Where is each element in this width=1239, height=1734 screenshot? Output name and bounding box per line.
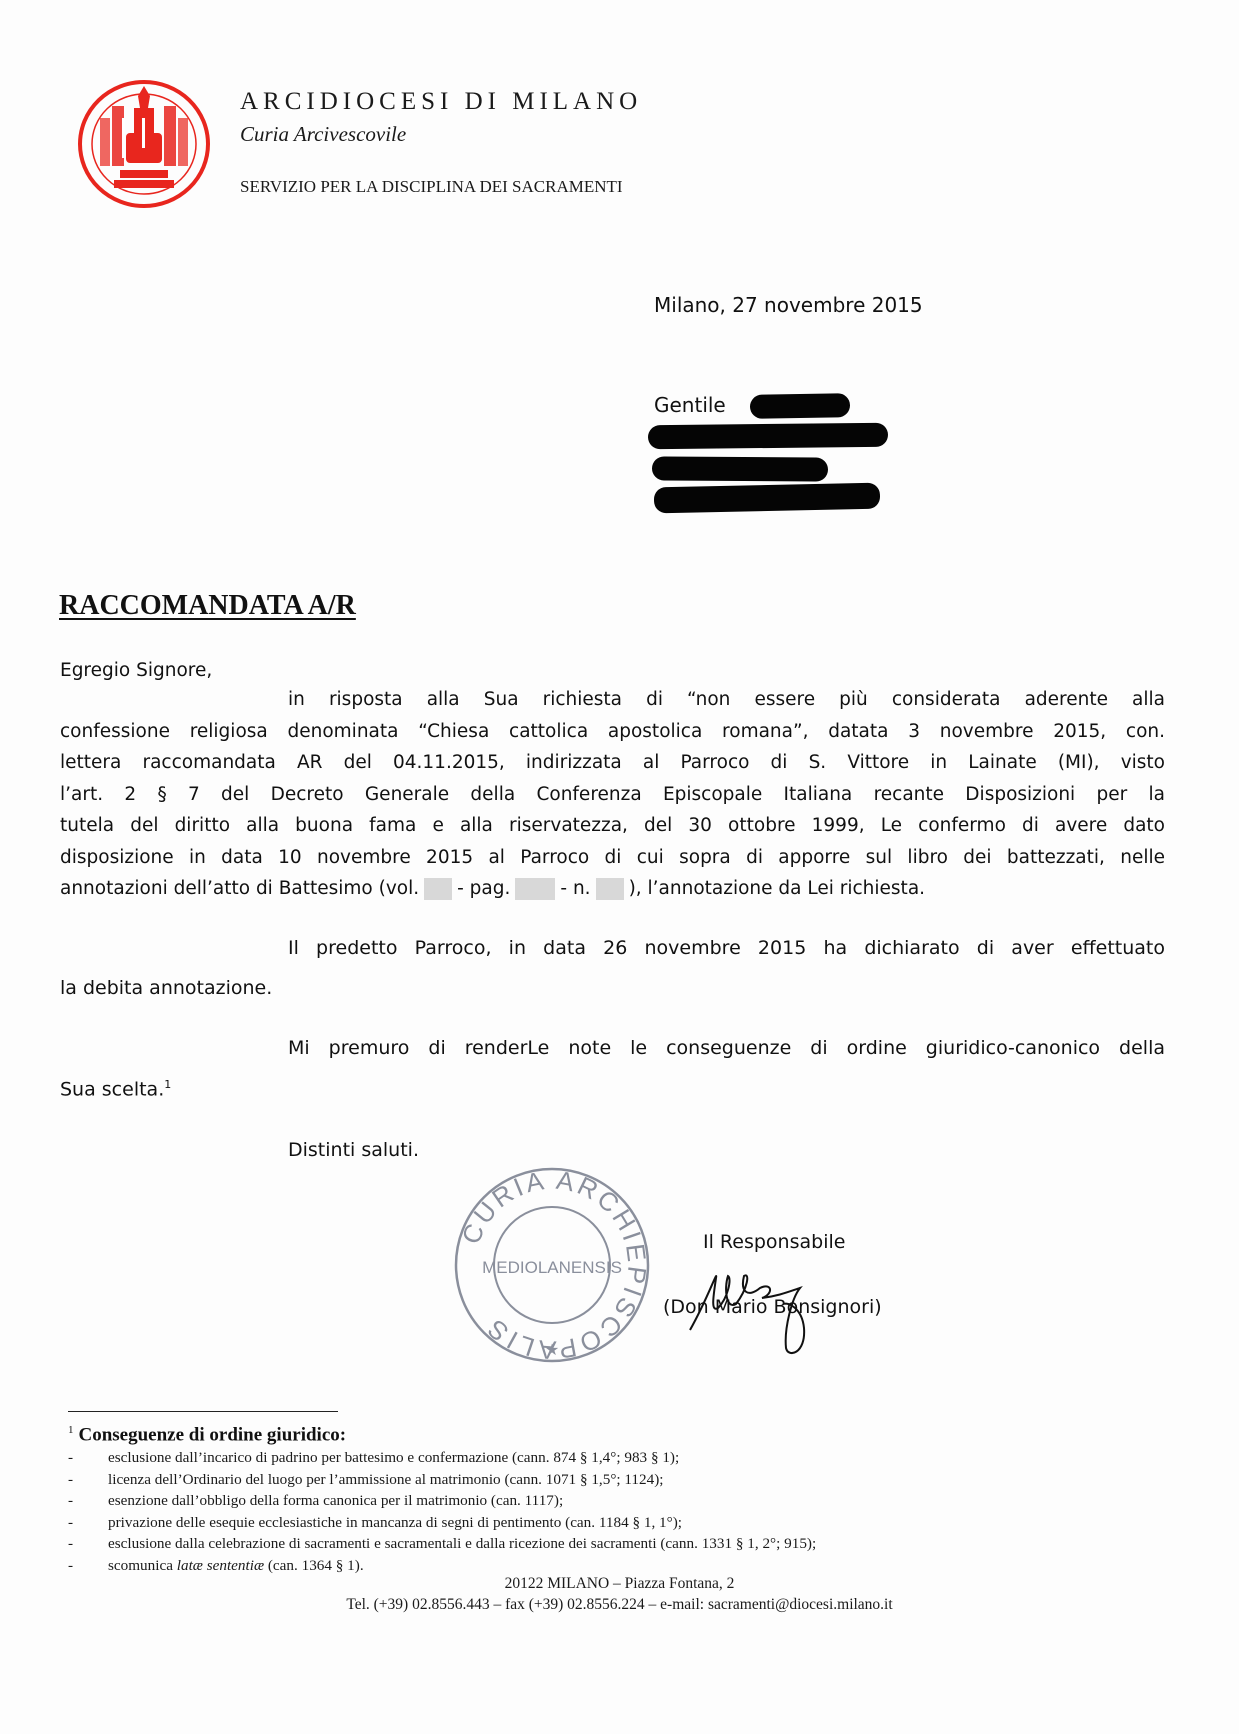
body-paragraph-1: in risposta alla Sua richiesta di “non e… [60, 684, 1165, 905]
paragraph-line: l’art. 2 § 7 del Decreto Generale della … [60, 779, 1165, 811]
redaction-bar [750, 393, 850, 419]
footnote-item: privazione delle esequie ecclesiastiche … [68, 1512, 816, 1534]
footnote-marker: 1 [68, 1424, 74, 1436]
service-name: SERVIZIO PER LA DISCIPLINA DEI SACRAMENT… [240, 177, 623, 197]
footnote-reference: 1 [164, 1078, 171, 1091]
closing: Distinti saluti. [288, 1139, 419, 1161]
footnote-item: licenza dell’Ordinario del luogo per l’a… [68, 1469, 816, 1491]
redaction-bar [648, 423, 888, 450]
archdiocese-title: ARCIDIOCESI DI MILANO [240, 88, 642, 116]
office-contacts: Tel. (+39) 02.8556.443 – fax (+39) 02.85… [0, 1596, 1239, 1614]
paragraph-line: confessione religiosa denominata “Chiesa… [60, 716, 1165, 748]
paragraph-line: lettera raccomandata AR del 04.11.2015, … [60, 747, 1165, 779]
redaction-bar [654, 483, 880, 514]
paragraph-line: annotazioni dell’atto di Battesimo (vol.… [60, 873, 1165, 905]
signer-name: (Don Mario Bonsignori) [663, 1296, 882, 1318]
baptism-ref-text: annotazioni dell’atto di Battesimo (vol. [60, 878, 419, 899]
office-address: 20122 MILANO – Piazza Fontana, 2 [0, 1575, 1239, 1593]
footnote-text: scomunica [108, 1557, 177, 1574]
redaction-bar [652, 456, 828, 481]
greeting: Egregio Signore, [60, 660, 212, 681]
paragraph-line: tutela del diritto alla buona fama e all… [60, 810, 1165, 842]
body-paragraph-2-line-1: Il predetto Parroco, in data 26 novembre… [288, 937, 1165, 959]
letter-date: Milano, 27 novembre 2015 [654, 293, 923, 317]
paragraph-line: disposizione in data 10 novembre 2015 al… [60, 842, 1165, 874]
curia-stamp-icon: CURIA ARCHIEPISCOPALIS MEDIOLANENSIS ★ [452, 1165, 652, 1365]
footnote-title: 1Conseguenze di ordine giuridico: [68, 1424, 346, 1446]
footnote-item: esclusione dalla celebrazione di sacrame… [68, 1533, 816, 1555]
paragraph-line: in risposta alla Sua richiesta di “non e… [60, 684, 1165, 716]
paragraph-text: Sua scelta. [60, 1078, 164, 1100]
svg-text:★: ★ [545, 1340, 559, 1359]
baptism-ref-text: - pag. [457, 878, 510, 899]
baptism-ref-text: - n. [560, 878, 590, 899]
recipient-salutation: Gentile [654, 393, 726, 417]
footnote-title-text: Conseguenze di ordine giuridico: [79, 1424, 347, 1445]
blurred-page [515, 878, 555, 900]
subject-heading: RACCOMANDATA A/R [59, 590, 356, 622]
baptism-ref-text: ), l’annotazione da Lei richiesta. [629, 878, 925, 899]
footnote-text: (can. 1364 § 1). [264, 1557, 364, 1574]
footnote-item: esenzione dall’obbligo della forma canon… [68, 1490, 816, 1512]
blurred-volume [424, 878, 452, 900]
blurred-number [596, 878, 624, 900]
body-paragraph-2-line-2: la debita annotazione. [60, 977, 272, 999]
archdiocese-seal-icon [76, 78, 212, 210]
curia-subtitle: Curia Arcivescovile [240, 122, 406, 147]
footnote-item: esclusione dall’incarico di padrino per … [68, 1447, 816, 1469]
svg-text:MEDIOLANENSIS: MEDIOLANENSIS [482, 1258, 622, 1277]
footnote-item: scomunica latæ sententiæ (can. 1364 § 1)… [68, 1555, 816, 1577]
body-paragraph-3-line-1: Mi premuro di renderLe note le conseguen… [288, 1037, 1165, 1059]
footnote-latin-term: latæ sententiæ [177, 1557, 264, 1574]
footnote-divider [68, 1411, 338, 1412]
footnote-list: esclusione dall’incarico di padrino per … [68, 1447, 816, 1576]
signer-role: Il Responsabile [703, 1231, 845, 1253]
body-paragraph-3-line-2: Sua scelta.1 [60, 1078, 171, 1100]
